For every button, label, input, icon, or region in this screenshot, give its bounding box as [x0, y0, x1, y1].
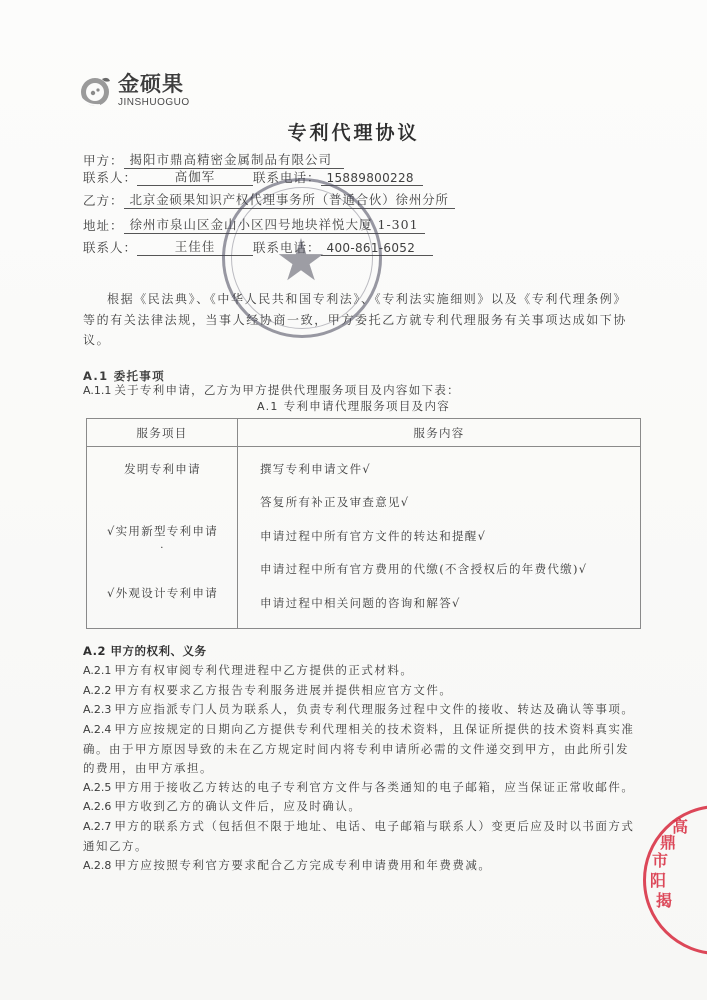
clause-a2-7: A.2.7甲方的联系方式（包括但不限于地址、电话、电子邮箱与联系人）变更后应及时…: [83, 817, 638, 856]
table-header-content: 服务内容: [238, 419, 641, 447]
party-b-address: 徐州市泉山区金山小区四号地块祥悦大厦 1-301: [124, 215, 425, 234]
clause-code: A.1.1: [83, 384, 111, 397]
party-b-address-row: 地址： 徐州市泉山区金山小区四号地块祥悦大厦 1-301: [83, 215, 425, 234]
party-b-contact-row: 联系人： 王佳佳 联系电话： 400-861-6052: [83, 237, 433, 256]
section-a2-heading: A.2 甲方的权利、义务: [83, 642, 638, 661]
party-a-phone: 15889800228: [321, 171, 423, 186]
jinshuoguo-logo-icon: [78, 74, 114, 108]
clause-a2-6: A.2.6甲方收到乙方的确认文件后，应及时确认。: [83, 797, 638, 817]
clause-a2-2: A.2.2甲方有权要求乙方报告专利服务进展并提供相应官方文件。: [83, 681, 638, 701]
service-content: 撰写专利申请文件√: [260, 461, 371, 477]
party-b-name: 北京金硕果知识产权代理事务所（普通合伙）徐州分所: [124, 190, 455, 209]
party-a-contact: 高伽军: [137, 167, 253, 186]
party-b-label: 乙方：: [83, 191, 124, 209]
clause-a2-8: A.2.8甲方应按照专利官方要求配合乙方完成专利申请费用和年费费减。: [83, 856, 638, 876]
party-b-contact-label: 联系人：: [83, 238, 137, 256]
party-a-contact-row: 联系人： 高伽军 联系电话： 15889800228: [83, 167, 423, 186]
service-item: 发明专利申请: [87, 461, 238, 477]
party-b-row: 乙方： 北京金硕果知识产权代理事务所（普通合伙）徐州分所: [83, 190, 455, 209]
party-b-phone-label: 联系电话：: [253, 238, 321, 256]
client-seal-stamp: 揭 阳 市 鼎 高: [643, 805, 707, 955]
clause-a2-1: A.2.1甲方有权审阅专利代理进程中乙方提供的正式材料。: [83, 661, 638, 681]
service-content: 申请过程中相关问题的咨询和解答√: [260, 595, 461, 611]
service-table: 服务项目 服务内容 发明专利申请 √实用新型专利申请 · √外观设计专利申请 撰…: [86, 418, 641, 629]
service-content-cell: 撰写专利申请文件√ 答复所有补正及审查意见√ 申请过程中所有官方文件的转达和提醒…: [238, 447, 641, 629]
clause-a2-5: A.2.5甲方用于接收乙方转达的电子专利官方文件与各类通知的电子邮箱，应当保证正…: [83, 778, 638, 798]
logo-name-en: JINSHUOGUO: [118, 98, 190, 108]
party-b-contact: 王佳佳: [137, 237, 253, 256]
party-b-address-label: 地址：: [83, 216, 124, 234]
clause-a2-4: A.2.4甲方应按规定的日期向乙方提供专利代理相关的技术资料，且保证所提供的技术…: [83, 720, 638, 777]
table-header-items: 服务项目: [87, 419, 238, 447]
service-content: 申请过程中所有官方文件的转达和提醒√: [260, 528, 486, 544]
company-logo: 金硕果 JINSHUOGUO: [78, 74, 190, 108]
service-item: √外观设计专利申请: [87, 585, 238, 601]
party-b-phone: 400-861-6052: [321, 241, 433, 256]
section-a2: A.2 甲方的权利、义务 A.2.1甲方有权审阅专利代理进程中乙方提供的正式材料…: [83, 642, 638, 876]
service-content: 答复所有补正及审查意见√: [260, 494, 409, 510]
clause-text: 关于专利申请，乙方为甲方提供代理服务项目及内容如下表：: [114, 383, 460, 397]
preamble-paragraph: 根据《民法典》、《中华人民共和国专利法》、《专利法实施细则》以及《专利代理条例》…: [83, 289, 633, 351]
clause-a1-1: A.1.1关于专利申请，乙方为甲方提供代理服务项目及内容如下表：: [83, 382, 460, 398]
logo-name-cn: 金硕果: [118, 74, 190, 95]
party-a-contact-label: 联系人：: [83, 168, 137, 186]
table-caption: A.1 专利申请代理服务项目及内容: [0, 398, 707, 414]
document-page: 金硕果 JINSHUOGUO 专利代理协议 甲方： 揭阳市鼎高精密金属制品有限公…: [0, 0, 707, 1000]
party-a-phone-label: 联系电话：: [253, 168, 321, 186]
document-title: 专利代理协议: [0, 118, 707, 145]
service-item: √实用新型专利申请: [87, 523, 238, 539]
service-items-cell: 发明专利申请 √实用新型专利申请 · √外观设计专利申请: [87, 447, 238, 629]
service-content: 申请过程中所有官方费用的代缴(不含授权后的年费代缴)√: [260, 561, 587, 577]
clause-a2-3: A.2.3甲方应指派专门人员为联系人，负责专利代理服务过程中文件的接收、转达及确…: [83, 700, 638, 720]
